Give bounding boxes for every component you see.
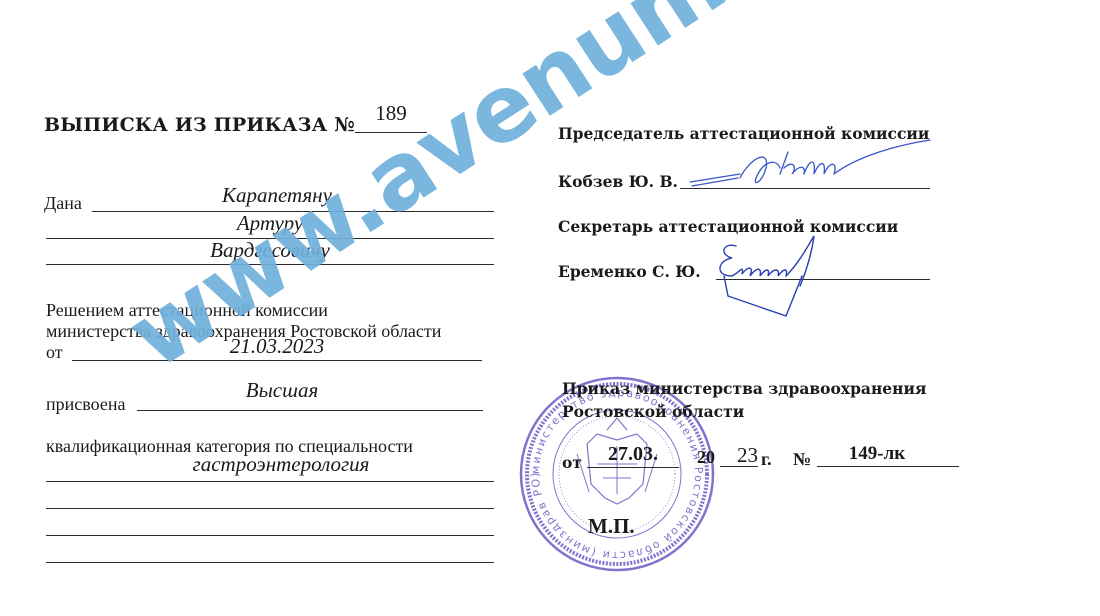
assigned-label: присвоена <box>46 394 125 415</box>
category-line <box>137 410 483 411</box>
order-date-line <box>587 467 679 468</box>
recipient-name: Артуру <box>46 211 494 236</box>
decision-date-line <box>72 360 482 361</box>
specialty-line-4 <box>46 562 494 563</box>
document-title: ВЫПИСКА ИЗ ПРИКАЗА № <box>44 114 355 136</box>
decision-line-1: Решением аттестационной комиссии <box>46 300 328 321</box>
specialty-value: гастроэнтерология <box>46 452 516 477</box>
decision-from-label: от <box>46 342 63 363</box>
recipient-surname: Карапетяну <box>92 183 462 208</box>
specialty-line-2 <box>46 508 494 509</box>
order-number-line <box>817 466 959 467</box>
ministry-order-number: 149-лк <box>817 443 937 465</box>
order-year-label: г. <box>761 449 772 470</box>
secretary-name: Еременко С. Ю. <box>558 262 701 281</box>
recipient-patronymic: Вардгесовичу <box>46 238 494 263</box>
seal-place-label: М.П. <box>588 514 635 539</box>
order-day-month: 27.03. <box>587 443 679 466</box>
order-number: 189 <box>355 101 427 126</box>
recipient-patronymic-line <box>46 264 494 265</box>
specialty-line-1 <box>46 481 494 482</box>
order-century: 20 <box>697 447 715 468</box>
decision-date: 21.03.2023 <box>72 334 482 359</box>
chairman-signature-icon <box>680 138 940 198</box>
secretary-signature-icon <box>710 232 840 322</box>
order-from-label: от <box>562 453 582 472</box>
specialty-line-3 <box>46 535 494 536</box>
ministry-order-line-2: Ростовской области <box>562 402 744 421</box>
category-value: Высшая <box>137 378 427 403</box>
order-number-label: № <box>793 449 811 470</box>
order-year-suffix: 23 <box>720 443 758 468</box>
chairman-name: Кобзев Ю. В. <box>558 172 678 191</box>
order-number-line <box>355 132 427 133</box>
ministry-order-line-1: Приказ министерства здравоохранения <box>562 379 926 398</box>
